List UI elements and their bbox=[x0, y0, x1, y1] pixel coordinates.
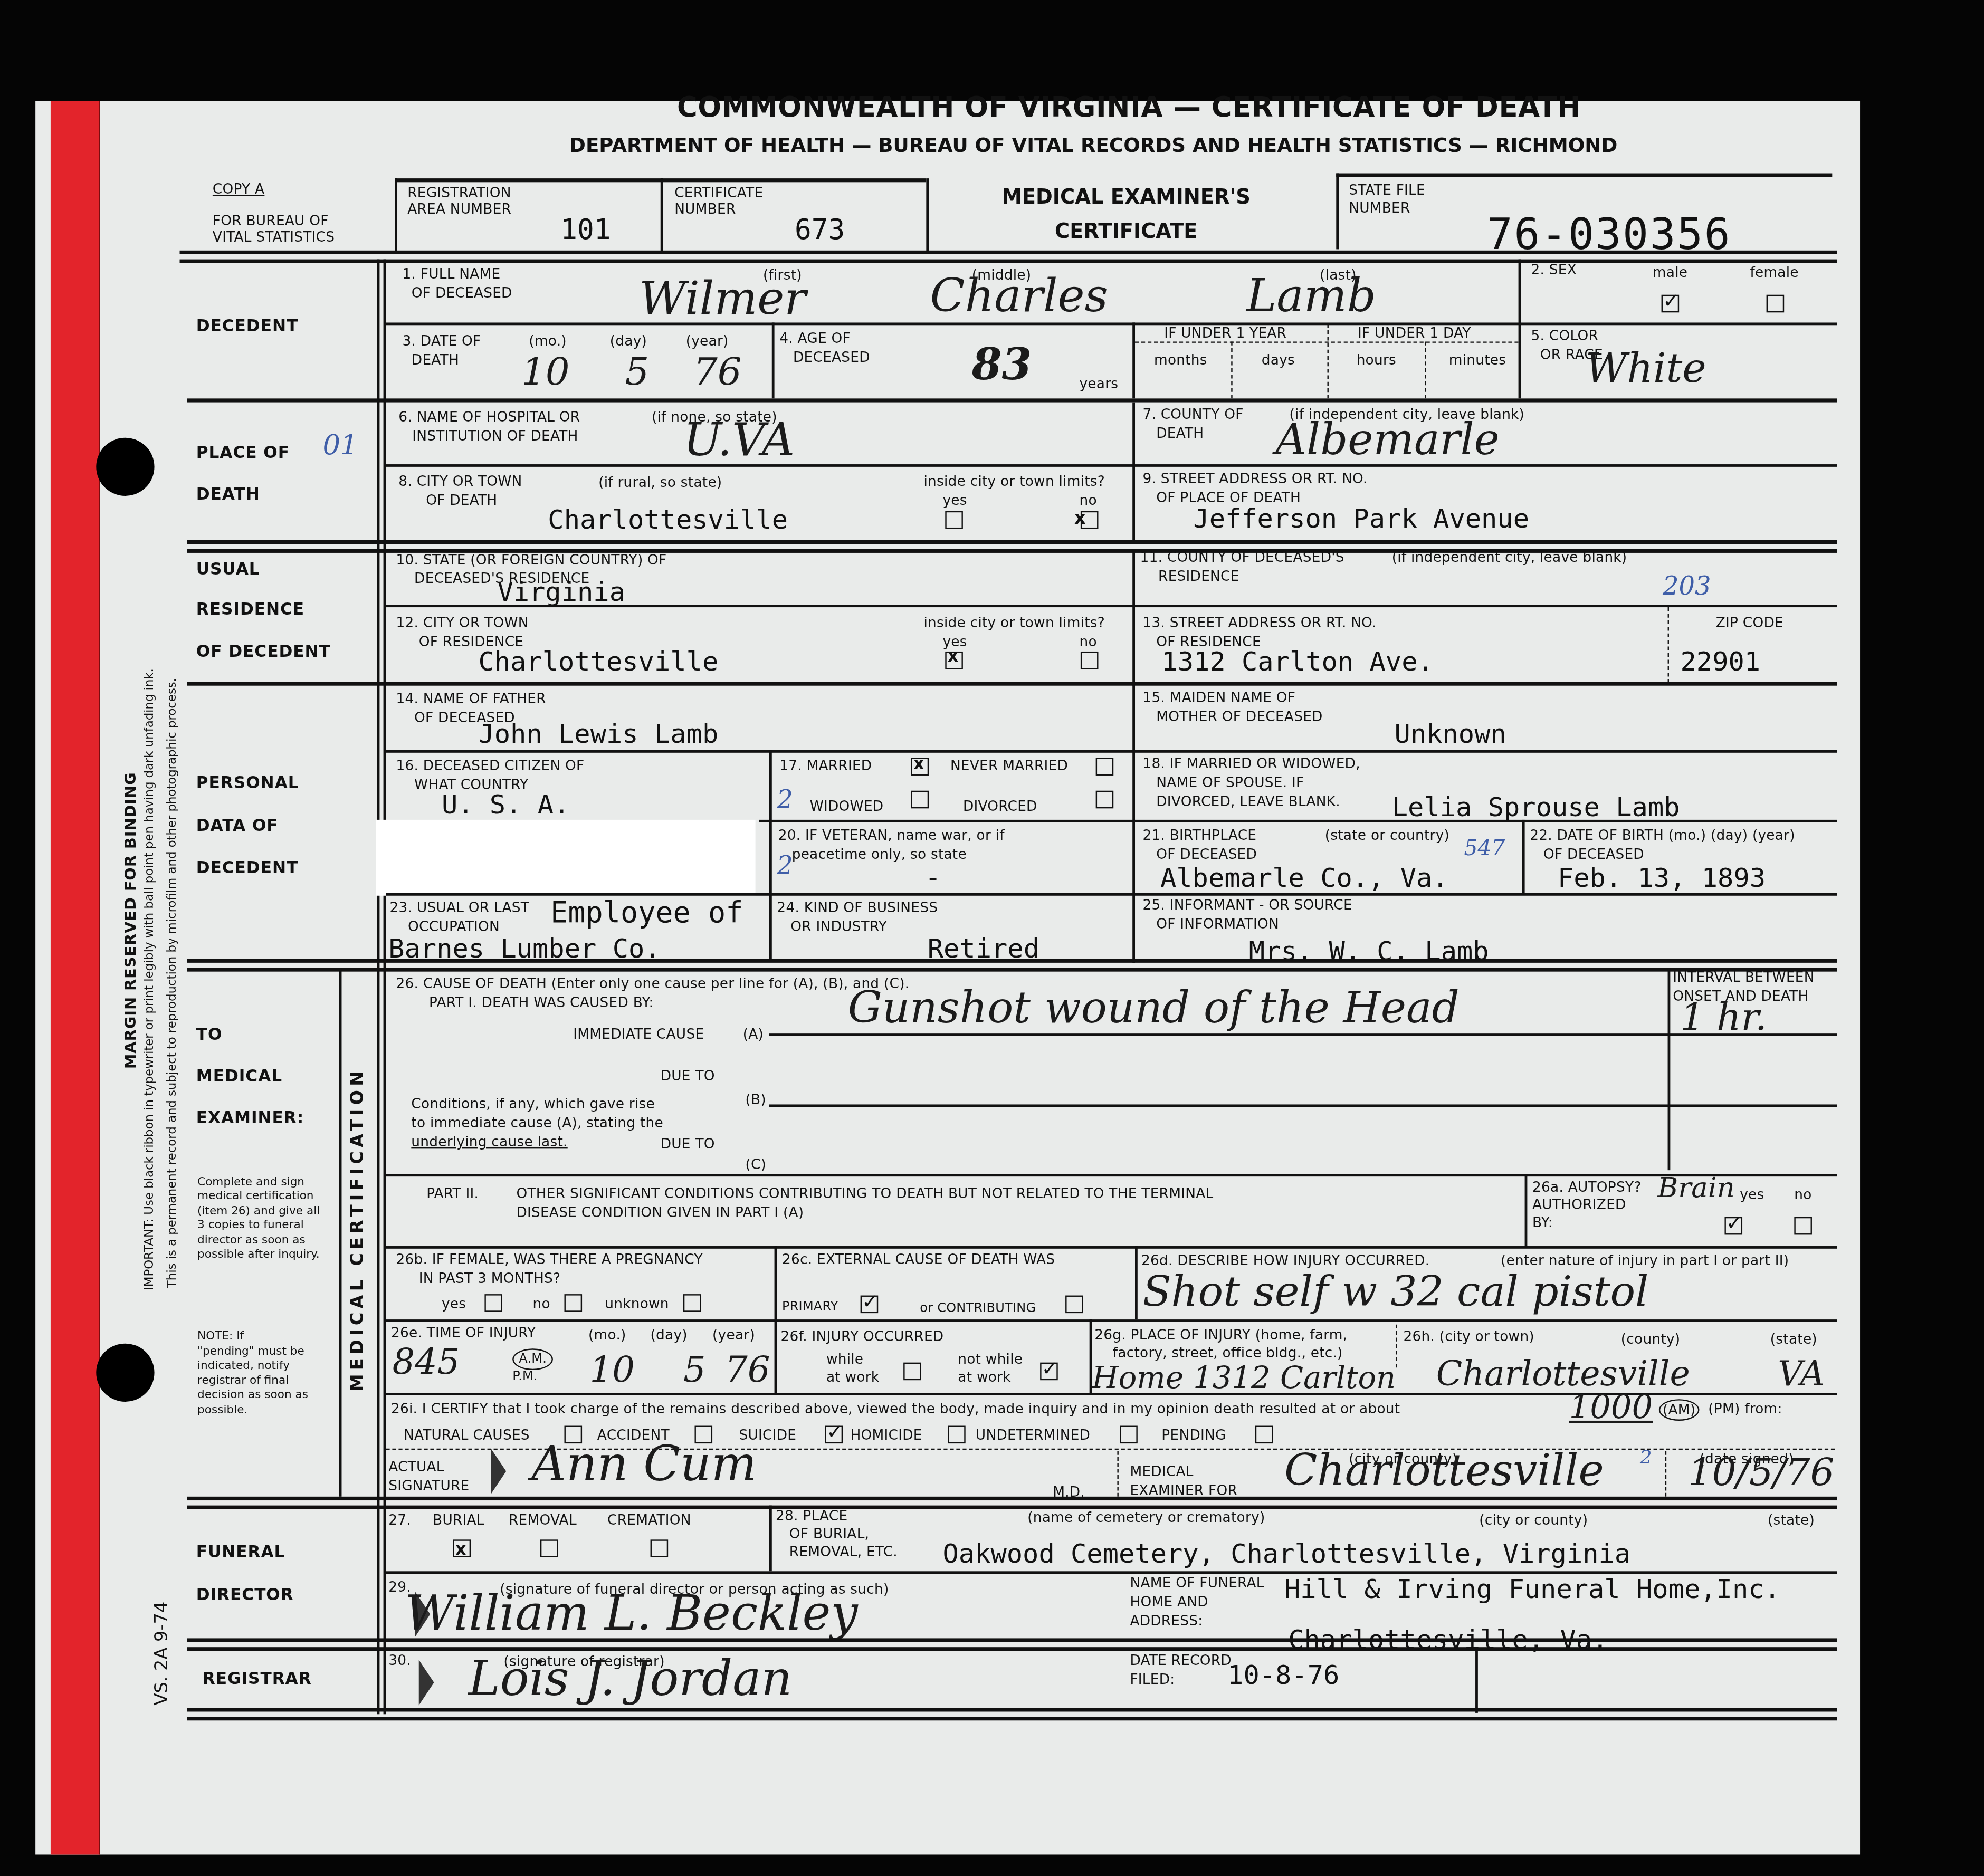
registrar-signature: Lois J. Jordan bbox=[468, 1660, 792, 1698]
autopsy-label: 26a. AUTOPSY?AUTHORIZEDBY: bbox=[1532, 1179, 1642, 1232]
registrar-arrow-icon bbox=[419, 1660, 434, 1705]
years-label: years bbox=[1079, 375, 1118, 394]
injury-occurred-label: 26f. INJURY OCCURRED bbox=[781, 1327, 944, 1346]
place-code: 01 bbox=[322, 430, 358, 462]
not-while-at-work-label: not whileat work bbox=[958, 1351, 1023, 1386]
veteran-value: - bbox=[925, 864, 941, 892]
marital-code: 2 bbox=[777, 784, 793, 815]
pregnancy-no-label: no bbox=[533, 1294, 550, 1313]
pending-note: NOTE: If"pending" must beindicated, noti… bbox=[197, 1331, 308, 1418]
part-2-text: OTHER SIGNIFICANT CONDITIONS CONTRIBUTIN… bbox=[516, 1184, 1213, 1222]
mo-hint: (mo.) bbox=[529, 331, 567, 350]
state-value: Virginia bbox=[497, 578, 625, 606]
mother-value: Unknown bbox=[1395, 720, 1506, 748]
residence-street-value: 1312 Carlton Ave. bbox=[1161, 648, 1433, 676]
contributing-checkbox[interactable] bbox=[1065, 1296, 1083, 1314]
section-residence-3: OF DECEDENT bbox=[196, 642, 331, 663]
section-usual-residence: USUAL bbox=[196, 559, 260, 581]
reg-area-label: REGISTRATIONAREA NUMBER bbox=[407, 185, 511, 217]
margin-binding-text: MARGIN RESERVED FOR BINDING bbox=[120, 772, 142, 1069]
time-of-injury-value: 845 bbox=[392, 1344, 460, 1382]
birthplace-code: 547 bbox=[1464, 836, 1505, 862]
birthplace-hint: (state or country) bbox=[1325, 826, 1449, 845]
city-hint: (if rural, so state) bbox=[598, 473, 722, 492]
section-registrar: REGISTRAR bbox=[203, 1669, 312, 1690]
cert-number-value: 673 bbox=[795, 217, 845, 245]
injury-description-value: Shot self w 32 cal pistol bbox=[1142, 1272, 1648, 1310]
redacted-field-19 bbox=[376, 820, 755, 896]
time-of-injury-label: 26e. TIME OF INJURY bbox=[391, 1323, 536, 1342]
interval-value: 1 hr. bbox=[1681, 999, 1767, 1037]
section-funeral-director: FUNERAL bbox=[196, 1542, 285, 1564]
res-inside-no-checkbox[interactable] bbox=[1081, 652, 1099, 669]
married-checkbox[interactable]: x bbox=[911, 758, 929, 776]
city-of-death-value: Charlottesville bbox=[548, 506, 788, 534]
pm-label: P.M. bbox=[512, 1367, 538, 1386]
section-personal: PERSONAL bbox=[196, 773, 299, 795]
autopsy-no-checkbox[interactable] bbox=[1794, 1217, 1812, 1235]
am-paren-circled: (AM) bbox=[1659, 1399, 1700, 1421]
due-to-label-1: DUE TO bbox=[661, 1067, 715, 1086]
age-label: 4. AGE OF DECEASED bbox=[779, 329, 870, 367]
pregnancy-label: 26b. IF FEMALE, WAS THERE A PREGNANCY IN… bbox=[396, 1250, 703, 1288]
injury-year-hint: (year) bbox=[712, 1326, 755, 1345]
inside-no-label: no bbox=[1079, 491, 1096, 510]
margin-permanent-text: This is a permanent record and subject t… bbox=[166, 678, 181, 1288]
mother-label: 15. MAIDEN NAME OF MOTHER OF DECEASED bbox=[1142, 688, 1322, 726]
immediate-cause-label: IMMEDIATE CAUSE bbox=[573, 1025, 704, 1044]
veteran-code: 2 bbox=[777, 850, 793, 880]
me-certificate-heading: MEDICAL EXAMINER'SCERTIFICATE bbox=[978, 180, 1274, 248]
pregnancy-unknown-label: unknown bbox=[605, 1294, 669, 1313]
male-label: male bbox=[1653, 263, 1687, 282]
section-to-medical-examiner: TO bbox=[196, 1025, 223, 1046]
removal-checkbox[interactable] bbox=[540, 1539, 558, 1557]
under-day-label: IF UNDER 1 DAY bbox=[1358, 324, 1471, 343]
me-for-label: MEDICALEXAMINER FOR bbox=[1130, 1462, 1237, 1500]
certify-statement: 26i. I CERTIFY that I took charge of the… bbox=[391, 1399, 1400, 1418]
residence-county-code: 203 bbox=[1663, 570, 1711, 601]
cause-c-label: (C) bbox=[745, 1155, 766, 1174]
date-filed-label: DATE RECORDFILED: bbox=[1130, 1651, 1231, 1689]
birthplace-value: Albemarle Co., Va. bbox=[1160, 864, 1448, 892]
injury-city-value: Charlottesville bbox=[1436, 1356, 1690, 1394]
county-of-death-label: 7. COUNTY OF DEATH bbox=[1142, 405, 1243, 443]
cause-b-label: (B) bbox=[745, 1090, 766, 1109]
pregnancy-yes-checkbox[interactable] bbox=[484, 1294, 502, 1312]
pm-from-label: (PM) from: bbox=[1708, 1399, 1782, 1418]
section-place-death-2: DEATH bbox=[196, 484, 260, 506]
year-hint: (year) bbox=[686, 331, 729, 350]
copy-for-label: FOR BUREAU OFVITAL STATISTICS bbox=[213, 213, 335, 245]
medical-certification-label: MEDICAL CERTIFICATION bbox=[348, 1068, 368, 1392]
punch-hole-icon bbox=[96, 438, 154, 496]
pending-checkbox[interactable] bbox=[1255, 1426, 1273, 1444]
pregnancy-unknown-checkbox[interactable] bbox=[683, 1294, 701, 1312]
external-cause-label: 26c. EXTERNAL CAUSE OF DEATH WAS bbox=[782, 1250, 1055, 1269]
pending-label: PENDING bbox=[1161, 1426, 1226, 1445]
citizen-label: 16. DECEASED CITIZEN OF WHAT COUNTRY bbox=[396, 757, 585, 795]
red-binding-stripe bbox=[51, 101, 100, 1855]
months-label: months bbox=[1154, 350, 1207, 369]
undetermined-label: UNDETERMINED bbox=[976, 1426, 1090, 1445]
primary-checkbox[interactable]: ✓ bbox=[861, 1296, 879, 1314]
autopsy-no-label: no bbox=[1794, 1185, 1811, 1204]
section-residence-2: RESIDENCE bbox=[196, 600, 304, 621]
injury-month: 10 bbox=[589, 1351, 634, 1389]
res-inside-yes-checkbox[interactable]: x bbox=[945, 652, 963, 669]
homicide-checkbox[interactable] bbox=[948, 1426, 966, 1444]
disposition-number: 27. bbox=[388, 1510, 411, 1529]
spouse-label: 18. IF MARRIED OR WIDOWED, NAME OF SPOUS… bbox=[1142, 754, 1360, 811]
me-code: 2 bbox=[1640, 1446, 1652, 1469]
certificate-scan: MARGIN RESERVED FOR BINDING IMPORTANT: U… bbox=[0, 0, 1984, 1876]
injury-county-hint: (county) bbox=[1621, 1329, 1681, 1348]
while-at-work-checkbox[interactable] bbox=[903, 1363, 921, 1381]
divorced-label: DIVORCED bbox=[963, 797, 1037, 816]
burial-city-hint: (city or county) bbox=[1479, 1510, 1588, 1529]
section-funeral-2: DIRECTOR bbox=[196, 1585, 294, 1607]
due-to-label-2: DUE TO bbox=[661, 1135, 715, 1154]
female-checkbox[interactable] bbox=[1767, 295, 1785, 313]
minutes-label: minutes bbox=[1449, 350, 1506, 369]
natural-causes-label: NATURAL CAUSES bbox=[404, 1426, 530, 1445]
burial-label: BURIAL bbox=[433, 1510, 484, 1529]
spouse-value: Lelia Sprouse Lamb bbox=[1392, 793, 1680, 821]
birthplace-label: 21. BIRTHPLACE OF DECEASED bbox=[1142, 826, 1257, 864]
injury-state-hint: (state) bbox=[1770, 1329, 1817, 1348]
section-personal-2: DATA OF bbox=[196, 816, 279, 838]
section-place-of-death: PLACE OF bbox=[196, 443, 290, 464]
hospital-value: U.VA bbox=[683, 423, 795, 461]
death-inside-no-checkbox[interactable]: x bbox=[1081, 511, 1099, 529]
cemetery-hint: (name of cemetery or crematory) bbox=[1027, 1508, 1265, 1527]
actual-signature-label: ACTUALSIGNATURE bbox=[388, 1457, 469, 1495]
citizen-value: U. S. A. bbox=[442, 791, 570, 819]
injury-place-value: Home 1312 Carlton bbox=[1092, 1358, 1396, 1396]
burial-checkbox[interactable]: x bbox=[453, 1539, 471, 1557]
widowed-label: WIDOWED bbox=[810, 797, 884, 816]
primary-label: PRIMARY bbox=[782, 1298, 838, 1317]
dob-value: Feb. 13, 1893 bbox=[1558, 864, 1766, 892]
cause-of-death-label: 26. CAUSE OF DEATH (Enter only one cause… bbox=[396, 974, 910, 993]
cause-a-label: (A) bbox=[743, 1025, 764, 1044]
funeral-home-label: NAME OF FUNERALHOME ANDADDRESS: bbox=[1130, 1574, 1264, 1631]
race-value: White bbox=[1586, 349, 1706, 387]
date-signed-value: 10/5/76 bbox=[1688, 1455, 1834, 1493]
cert-number-label: CERTIFICATENUMBER bbox=[674, 185, 763, 217]
while-at-work-label: whileat work bbox=[826, 1351, 879, 1386]
section-to-me-3: EXAMINER: bbox=[196, 1108, 304, 1130]
divorced-checkbox[interactable] bbox=[1096, 791, 1114, 809]
pregnancy-yes-label: yes bbox=[442, 1294, 466, 1313]
cause-a-value: Gunshot wound of the Head bbox=[848, 989, 1460, 1027]
decedent-first-name: Wilmer bbox=[639, 281, 806, 319]
place-of-burial-label: 28. PLACE OF BURIAL, REMOVAL, ETC. bbox=[776, 1508, 898, 1561]
county-of-death-value: Albemarle bbox=[1275, 422, 1500, 460]
age-value: 83 bbox=[972, 347, 1032, 385]
father-value: John Lewis Lamb bbox=[478, 720, 718, 748]
residence-street-label: 13. STREET ADDRESS OR RT. NO. OF RESIDEN… bbox=[1142, 614, 1376, 652]
death-day: 5 bbox=[625, 354, 650, 392]
death-month: 10 bbox=[521, 354, 570, 392]
homicide-label: HOMICIDE bbox=[850, 1426, 922, 1445]
day-hint: (day) bbox=[610, 331, 647, 350]
certificate-title: COMMONWEALTH OF VIRGINIA — CERTIFICATE O… bbox=[677, 92, 1581, 124]
me-for-value: Charlottesville bbox=[1284, 1452, 1604, 1490]
injury-day-hint: (day) bbox=[651, 1326, 688, 1345]
place-of-injury-label: 26g. PLACE OF INJURY (home, farm, factor… bbox=[1094, 1327, 1347, 1363]
injury-city-hint: 26h. (city or town) bbox=[1403, 1327, 1534, 1346]
injury-state-value: VA bbox=[1778, 1356, 1825, 1394]
signature-arrow-icon bbox=[491, 1449, 506, 1494]
city-of-death-label: 8. CITY OR TOWN OF DEATH bbox=[398, 472, 522, 510]
autopsy-note: Brain bbox=[1657, 1170, 1734, 1208]
contributing-label: or CONTRIBUTING bbox=[920, 1299, 1036, 1318]
never-married-checkbox[interactable] bbox=[1096, 758, 1114, 776]
residence-city-label: 12. CITY OR TOWN OF RESIDENCE bbox=[396, 614, 529, 652]
suicide-checkbox[interactable]: ✓ bbox=[825, 1426, 843, 1444]
copy-label: COPY A bbox=[213, 180, 265, 199]
sex-label: 2. SEX bbox=[1531, 261, 1577, 280]
dob-label: 22. DATE OF BIRTH (mo.) (day) (year) OF … bbox=[1530, 826, 1795, 864]
residence-county-hint: (if independent city, leave blank) bbox=[1392, 548, 1627, 567]
res-inside-limits-label: inside city or town limits? bbox=[924, 614, 1105, 633]
veteran-label: 20. IF VETERAN, name war, or if peacetim… bbox=[778, 826, 1005, 864]
death-time-value: 1000 bbox=[1569, 1389, 1653, 1427]
never-married-label: NEVER MARRIED bbox=[950, 757, 1068, 776]
inside-limits-label: inside city or town limits? bbox=[924, 472, 1105, 491]
cremation-checkbox[interactable] bbox=[651, 1539, 669, 1557]
occupation-value-1: Employee of bbox=[550, 899, 743, 927]
section-personal-3: DECEDENT bbox=[196, 858, 299, 879]
reg-area-value: 101 bbox=[560, 217, 611, 245]
residence-city-value: Charlottesville bbox=[478, 648, 718, 676]
married-label: 17. MARRIED bbox=[779, 757, 872, 776]
part-1-label: PART I. DEATH WAS CAUSED BY: bbox=[429, 993, 654, 1012]
margin-important-text: IMPORTANT: Use black ribbon in typewrite… bbox=[143, 668, 158, 1290]
burial-place-value: Oakwood Cemetery, Charlottesville, Virgi… bbox=[943, 1539, 1631, 1567]
death-year: 76 bbox=[693, 354, 742, 392]
zip-label: ZIP CODE bbox=[1716, 614, 1783, 633]
registrar-number: 30. bbox=[388, 1651, 411, 1670]
date-filed-value: 10-8-76 bbox=[1227, 1661, 1339, 1689]
days-label: days bbox=[1262, 350, 1295, 369]
street-of-death-label: 9. STREET ADDRESS OR RT. NO. OF PLACE OF… bbox=[1142, 470, 1367, 508]
informant-label: 25. INFORMANT - OR SOURCE OF INFORMATION bbox=[1142, 896, 1352, 934]
inside-yes-label: yes bbox=[943, 491, 967, 510]
under-year-label: IF UNDER 1 YEAR bbox=[1164, 324, 1286, 343]
certificate-subtitle: DEPARTMENT OF HEALTH — BUREAU OF VITAL R… bbox=[569, 134, 1617, 157]
examiner-signature: Ann Cum bbox=[531, 1445, 757, 1483]
form-code: VS. 2A 9-74 bbox=[152, 1602, 172, 1706]
section-to-me-2: MEDICAL bbox=[196, 1067, 282, 1088]
death-inside-yes-checkbox[interactable] bbox=[945, 511, 963, 529]
male-checkbox[interactable]: ✓ bbox=[1662, 295, 1680, 313]
full-name-label: 1. FULL NAME OF DECEASED bbox=[403, 264, 512, 302]
state-file-label: STATE FILENUMBER bbox=[1349, 182, 1425, 217]
burial-state-hint: (state) bbox=[1768, 1510, 1815, 1529]
date-of-death-label: 3. DATE OF DEATH bbox=[403, 331, 481, 369]
funeral-home-name: Hill & Irving Funeral Home,Inc. bbox=[1284, 1575, 1780, 1603]
autopsy-yes-checkbox[interactable]: ✓ bbox=[1724, 1217, 1742, 1235]
complete-sign-note: Complete and signmedical certification(i… bbox=[197, 1161, 320, 1278]
female-label: female bbox=[1750, 263, 1798, 282]
hours-label: hours bbox=[1357, 350, 1396, 369]
injury-mo-hint: (mo.) bbox=[588, 1326, 626, 1345]
part-2-label: PART II. bbox=[426, 1184, 479, 1203]
section-decedent: DECEDENT bbox=[196, 317, 299, 338]
zip-value: 22901 bbox=[1681, 648, 1761, 676]
street-of-death-value: Jefferson Park Avenue bbox=[1193, 505, 1529, 533]
funeral-director-signature: William L. Beckley bbox=[405, 1594, 857, 1632]
punch-hole-icon bbox=[96, 1344, 154, 1402]
not-while-at-work-checkbox[interactable]: ✓ bbox=[1040, 1363, 1058, 1381]
business-label: 24. KIND OF BUSINESS OR INDUSTRY bbox=[777, 898, 938, 936]
conditions-label: Conditions, if any, which gave riseto im… bbox=[411, 1094, 663, 1151]
pregnancy-no-checkbox[interactable] bbox=[565, 1294, 583, 1312]
am-circled: A.M. bbox=[512, 1348, 553, 1370]
injury-day: 5 bbox=[683, 1351, 706, 1389]
decedent-middle-name: Charles bbox=[930, 279, 1108, 317]
res-inside-no-label: no bbox=[1079, 633, 1096, 652]
hospital-label: 6. NAME OF HOSPITAL OR INSTITUTION OF DE… bbox=[398, 407, 580, 445]
residence-county-label: 11. COUNTY OF DECEASED'S RESIDENCE bbox=[1140, 548, 1344, 586]
undetermined-checkbox[interactable] bbox=[1120, 1426, 1138, 1444]
autopsy-yes-label: yes bbox=[1740, 1185, 1764, 1204]
removal-label: REMOVAL bbox=[509, 1510, 577, 1529]
decedent-last-name: Lamb bbox=[1246, 279, 1376, 317]
cremation-label: CREMATION bbox=[607, 1510, 691, 1529]
widowed-checkbox[interactable] bbox=[911, 791, 929, 809]
occupation-label: 23. USUAL OR LAST OCCUPATION bbox=[390, 898, 530, 936]
injury-year: 76 bbox=[725, 1351, 770, 1389]
